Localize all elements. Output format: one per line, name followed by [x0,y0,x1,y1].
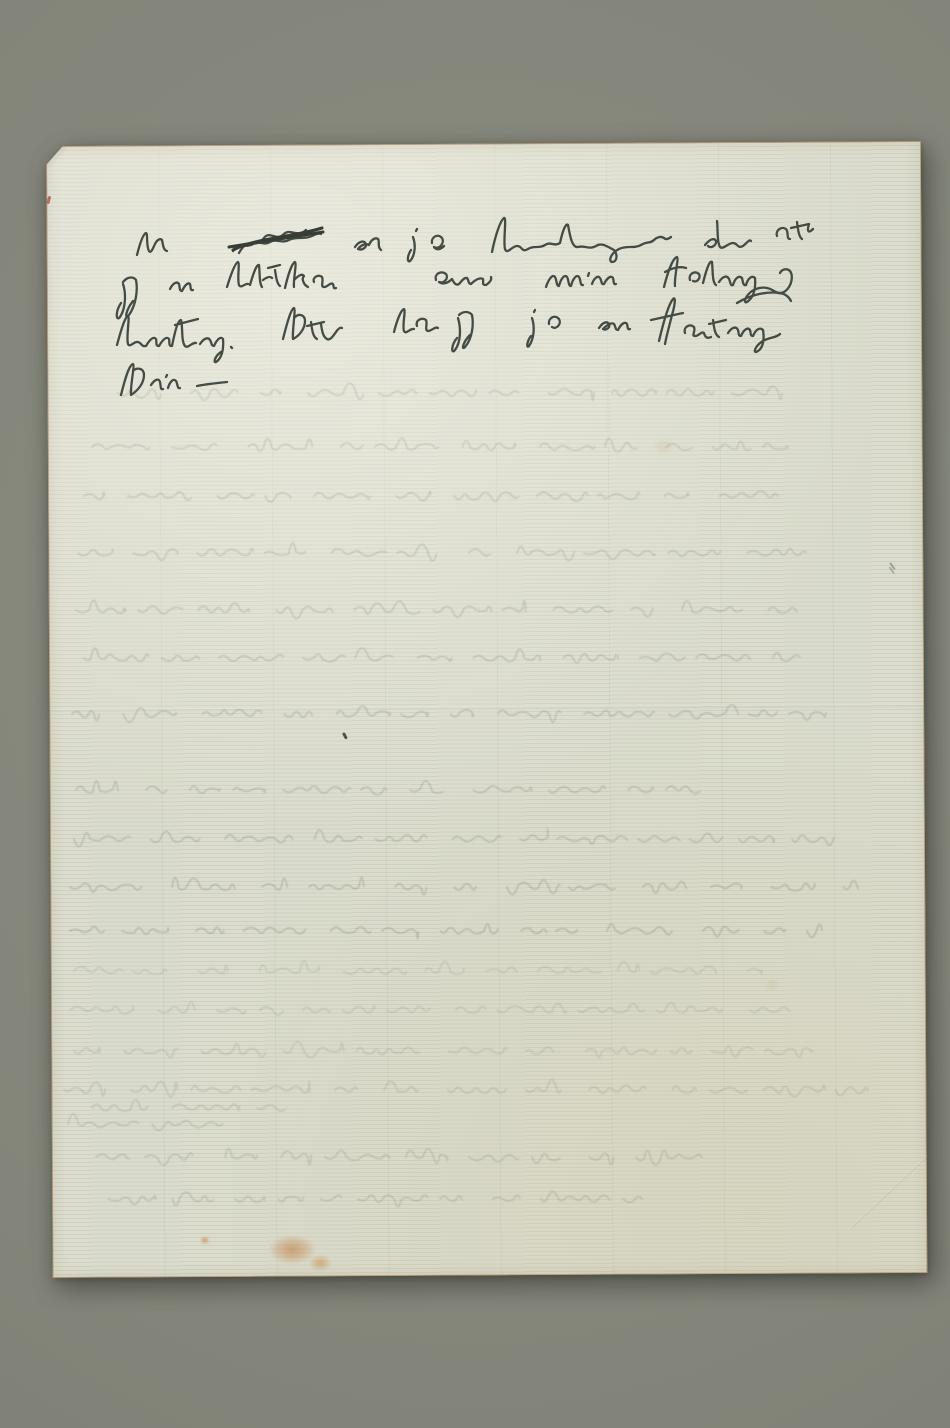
folded-corner [46,146,66,168]
foxing-spot [767,980,779,990]
margin-mark [889,562,895,570]
corner-crease [850,1140,944,1229]
foxing-spot [656,440,672,452]
letter-page [46,141,928,1278]
rust-stain [308,1254,332,1271]
rust-stain [201,1237,208,1243]
scan-background: Nu spille er jo hovedsagen den at jeg er… [0,0,950,1428]
ink-speck [342,732,348,740]
red-fiber-mark [46,196,51,204]
fold-crease [49,704,924,712]
letter-page-shadow [0,0,950,1428]
